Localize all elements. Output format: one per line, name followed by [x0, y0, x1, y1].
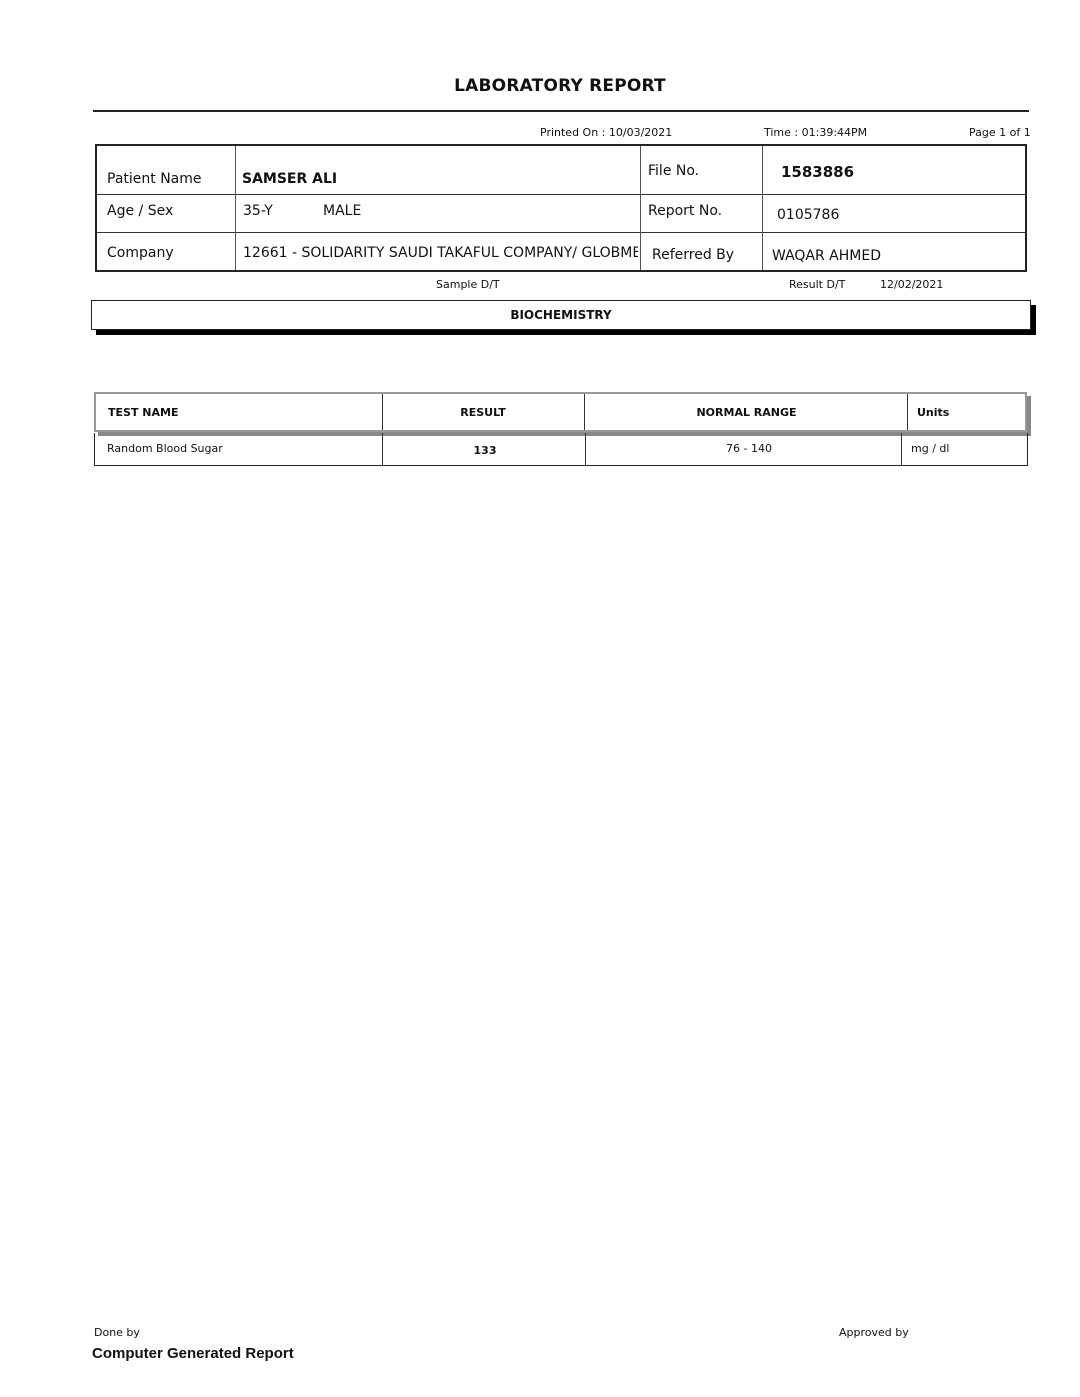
page-number: Page 1 of 1 — [969, 126, 1031, 139]
sex-value: MALE — [323, 203, 361, 219]
printed-on: Printed On : 10/03/2021 — [540, 126, 672, 139]
patient-name-label: Patient Name — [107, 171, 202, 187]
referred-by-value: WAQAR AHMED — [772, 248, 881, 264]
info-divider — [640, 146, 641, 270]
result-cell: 133 — [382, 433, 588, 465]
info-row-1 — [97, 146, 1025, 195]
done-by-label: Done by — [94, 1326, 140, 1339]
normal-range-cell: 76 - 140 — [585, 433, 913, 465]
test-name-cell: Random Blood Sugar — [107, 433, 223, 465]
file-no-value: 1583886 — [781, 163, 854, 181]
referred-by-label: Referred By — [652, 247, 734, 263]
column-header-units: Units — [917, 394, 949, 430]
column-header-normal-range: NORMAL RANGE — [584, 394, 909, 430]
section-header: BIOCHEMISTRY — [91, 300, 1031, 330]
column-divider — [901, 433, 902, 465]
results-table-header: TEST NAME RESULT NORMAL RANGE Units — [94, 392, 1027, 432]
column-header-test-name: TEST NAME — [108, 394, 178, 430]
result-dt-label: Result D/T — [789, 278, 845, 291]
units-cell: mg / dl — [911, 433, 949, 465]
age-sex-label: Age / Sex — [107, 203, 173, 219]
info-row-2 — [97, 194, 1025, 233]
done-by-value: Computer Generated Report — [92, 1345, 294, 1362]
column-divider — [907, 394, 908, 430]
age-value: 35-Y — [243, 203, 273, 219]
company-label: Company — [107, 245, 174, 261]
table-row: Random Blood Sugar 133 76 - 140 mg / dl — [94, 433, 1028, 466]
report-title: LABORATORY REPORT — [0, 76, 1080, 96]
report-no-value: 0105786 — [777, 207, 839, 223]
print-time: Time : 01:39:44PM — [764, 126, 867, 139]
sample-dt-label: Sample D/T — [436, 278, 500, 291]
info-divider — [762, 146, 763, 270]
patient-info-table: Patient Name SAMSER ALI File No. 1583886… — [95, 144, 1027, 272]
approved-by-label: Approved by — [839, 1326, 909, 1339]
result-dt-value: 12/02/2021 — [880, 278, 943, 291]
column-header-result: RESULT — [382, 394, 584, 430]
file-no-label: File No. — [648, 163, 699, 179]
report-no-label: Report No. — [648, 203, 722, 219]
title-divider — [93, 110, 1029, 112]
info-divider — [235, 146, 236, 270]
company-value: 12661 - SOLIDARITY SAUDI TAKAFUL COMPANY… — [243, 245, 638, 261]
patient-name-value: SAMSER ALI — [242, 171, 337, 187]
